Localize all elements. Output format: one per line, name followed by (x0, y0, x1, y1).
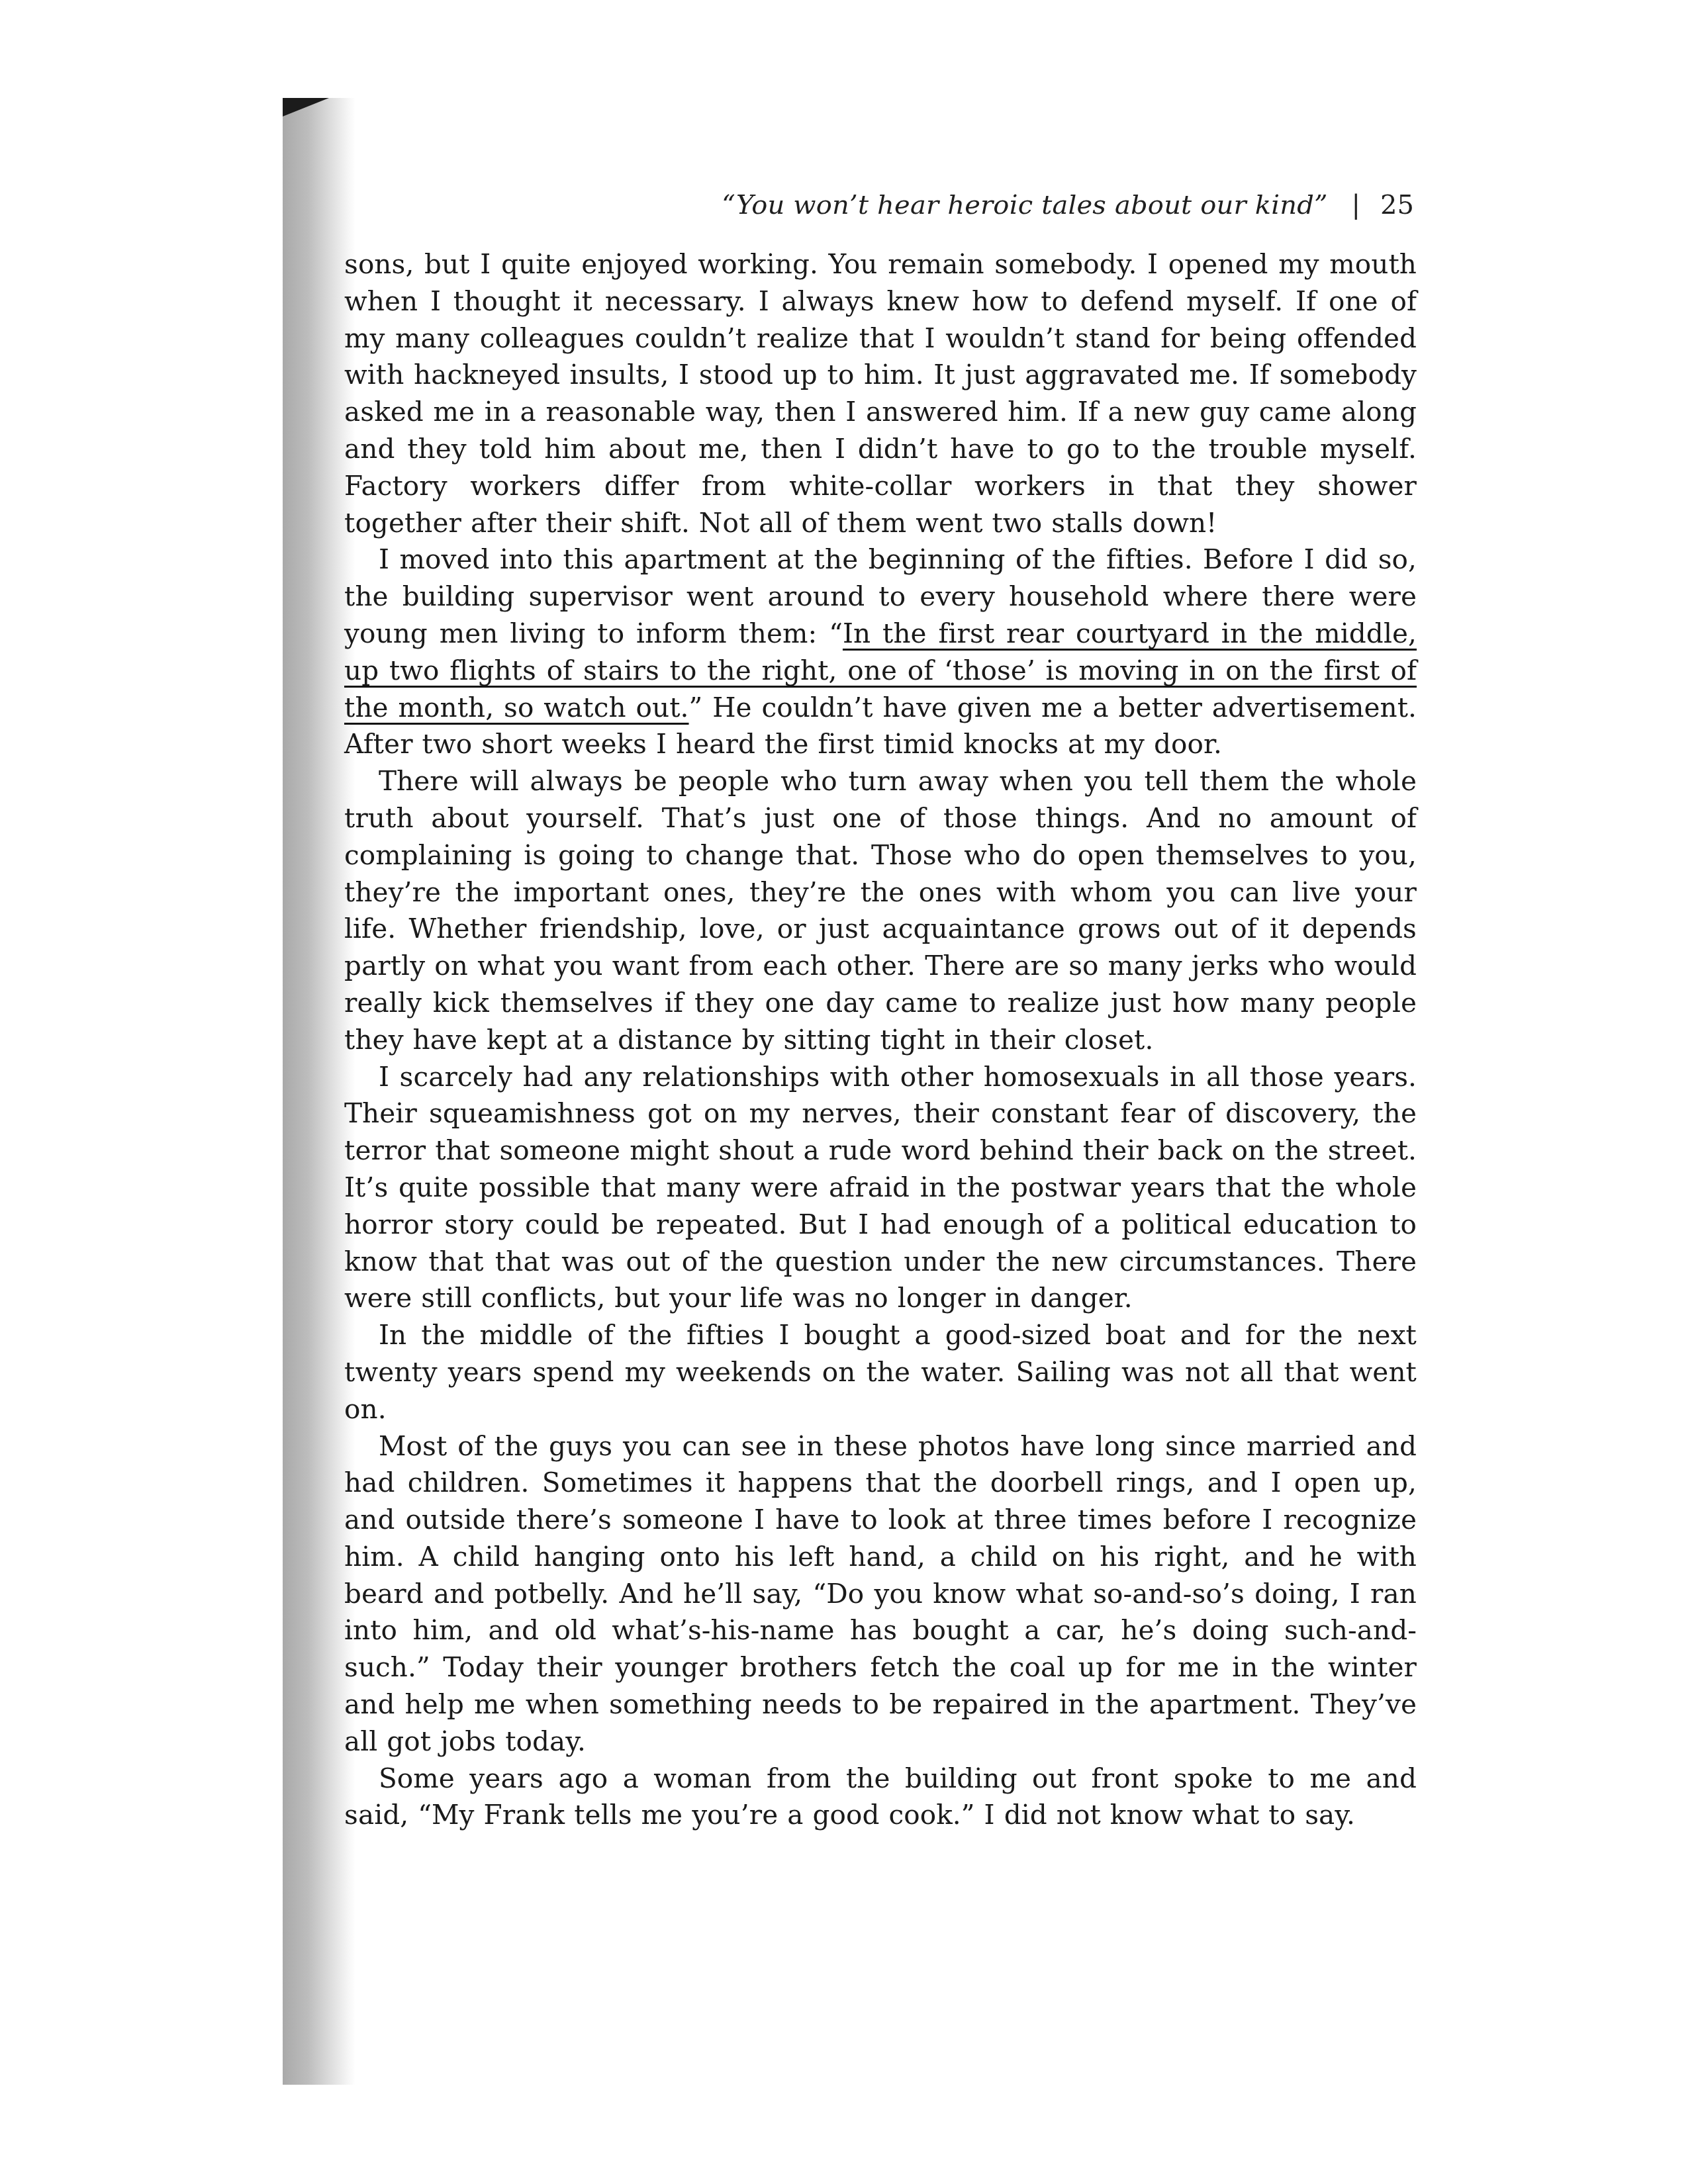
paragraph-text: Some years ago a woman from the building… (344, 1762, 1417, 1831)
paragraph-3: There will always be people who turn awa… (344, 763, 1417, 1058)
body-text: sons, but I quite enjoyed working. You r… (344, 246, 1417, 1834)
paragraph-7: Some years ago a woman from the building… (344, 1760, 1417, 1835)
paragraph-6: Most of the guys you can see in these ph… (344, 1428, 1417, 1760)
paragraph-text: Most of the guys you can see in these ph… (344, 1430, 1417, 1757)
paragraph-4: I scarcely had any relationships with ot… (344, 1059, 1417, 1318)
running-head-separator: | (1352, 185, 1360, 225)
page-number: 25 (1380, 190, 1414, 220)
running-head-title: “You won’t hear heroic tales about our k… (722, 190, 1327, 220)
paragraph-5: In the middle of the fifties I bought a … (344, 1317, 1417, 1428)
running-head: “You won’t hear heroic tales about our k… (722, 185, 1414, 225)
paragraph-text: I scarcely had any relationships with ot… (344, 1061, 1417, 1314)
paragraph-text: sons, but I quite enjoyed working. You r… (344, 248, 1417, 539)
paragraph-text: There will always be people who turn awa… (344, 765, 1417, 1056)
paragraph-2: I moved into this apartment at the begin… (344, 541, 1417, 763)
paragraph-text: In the middle of the fifties I bought a … (344, 1319, 1417, 1425)
paragraph-1: sons, but I quite enjoyed working. You r… (344, 246, 1417, 541)
